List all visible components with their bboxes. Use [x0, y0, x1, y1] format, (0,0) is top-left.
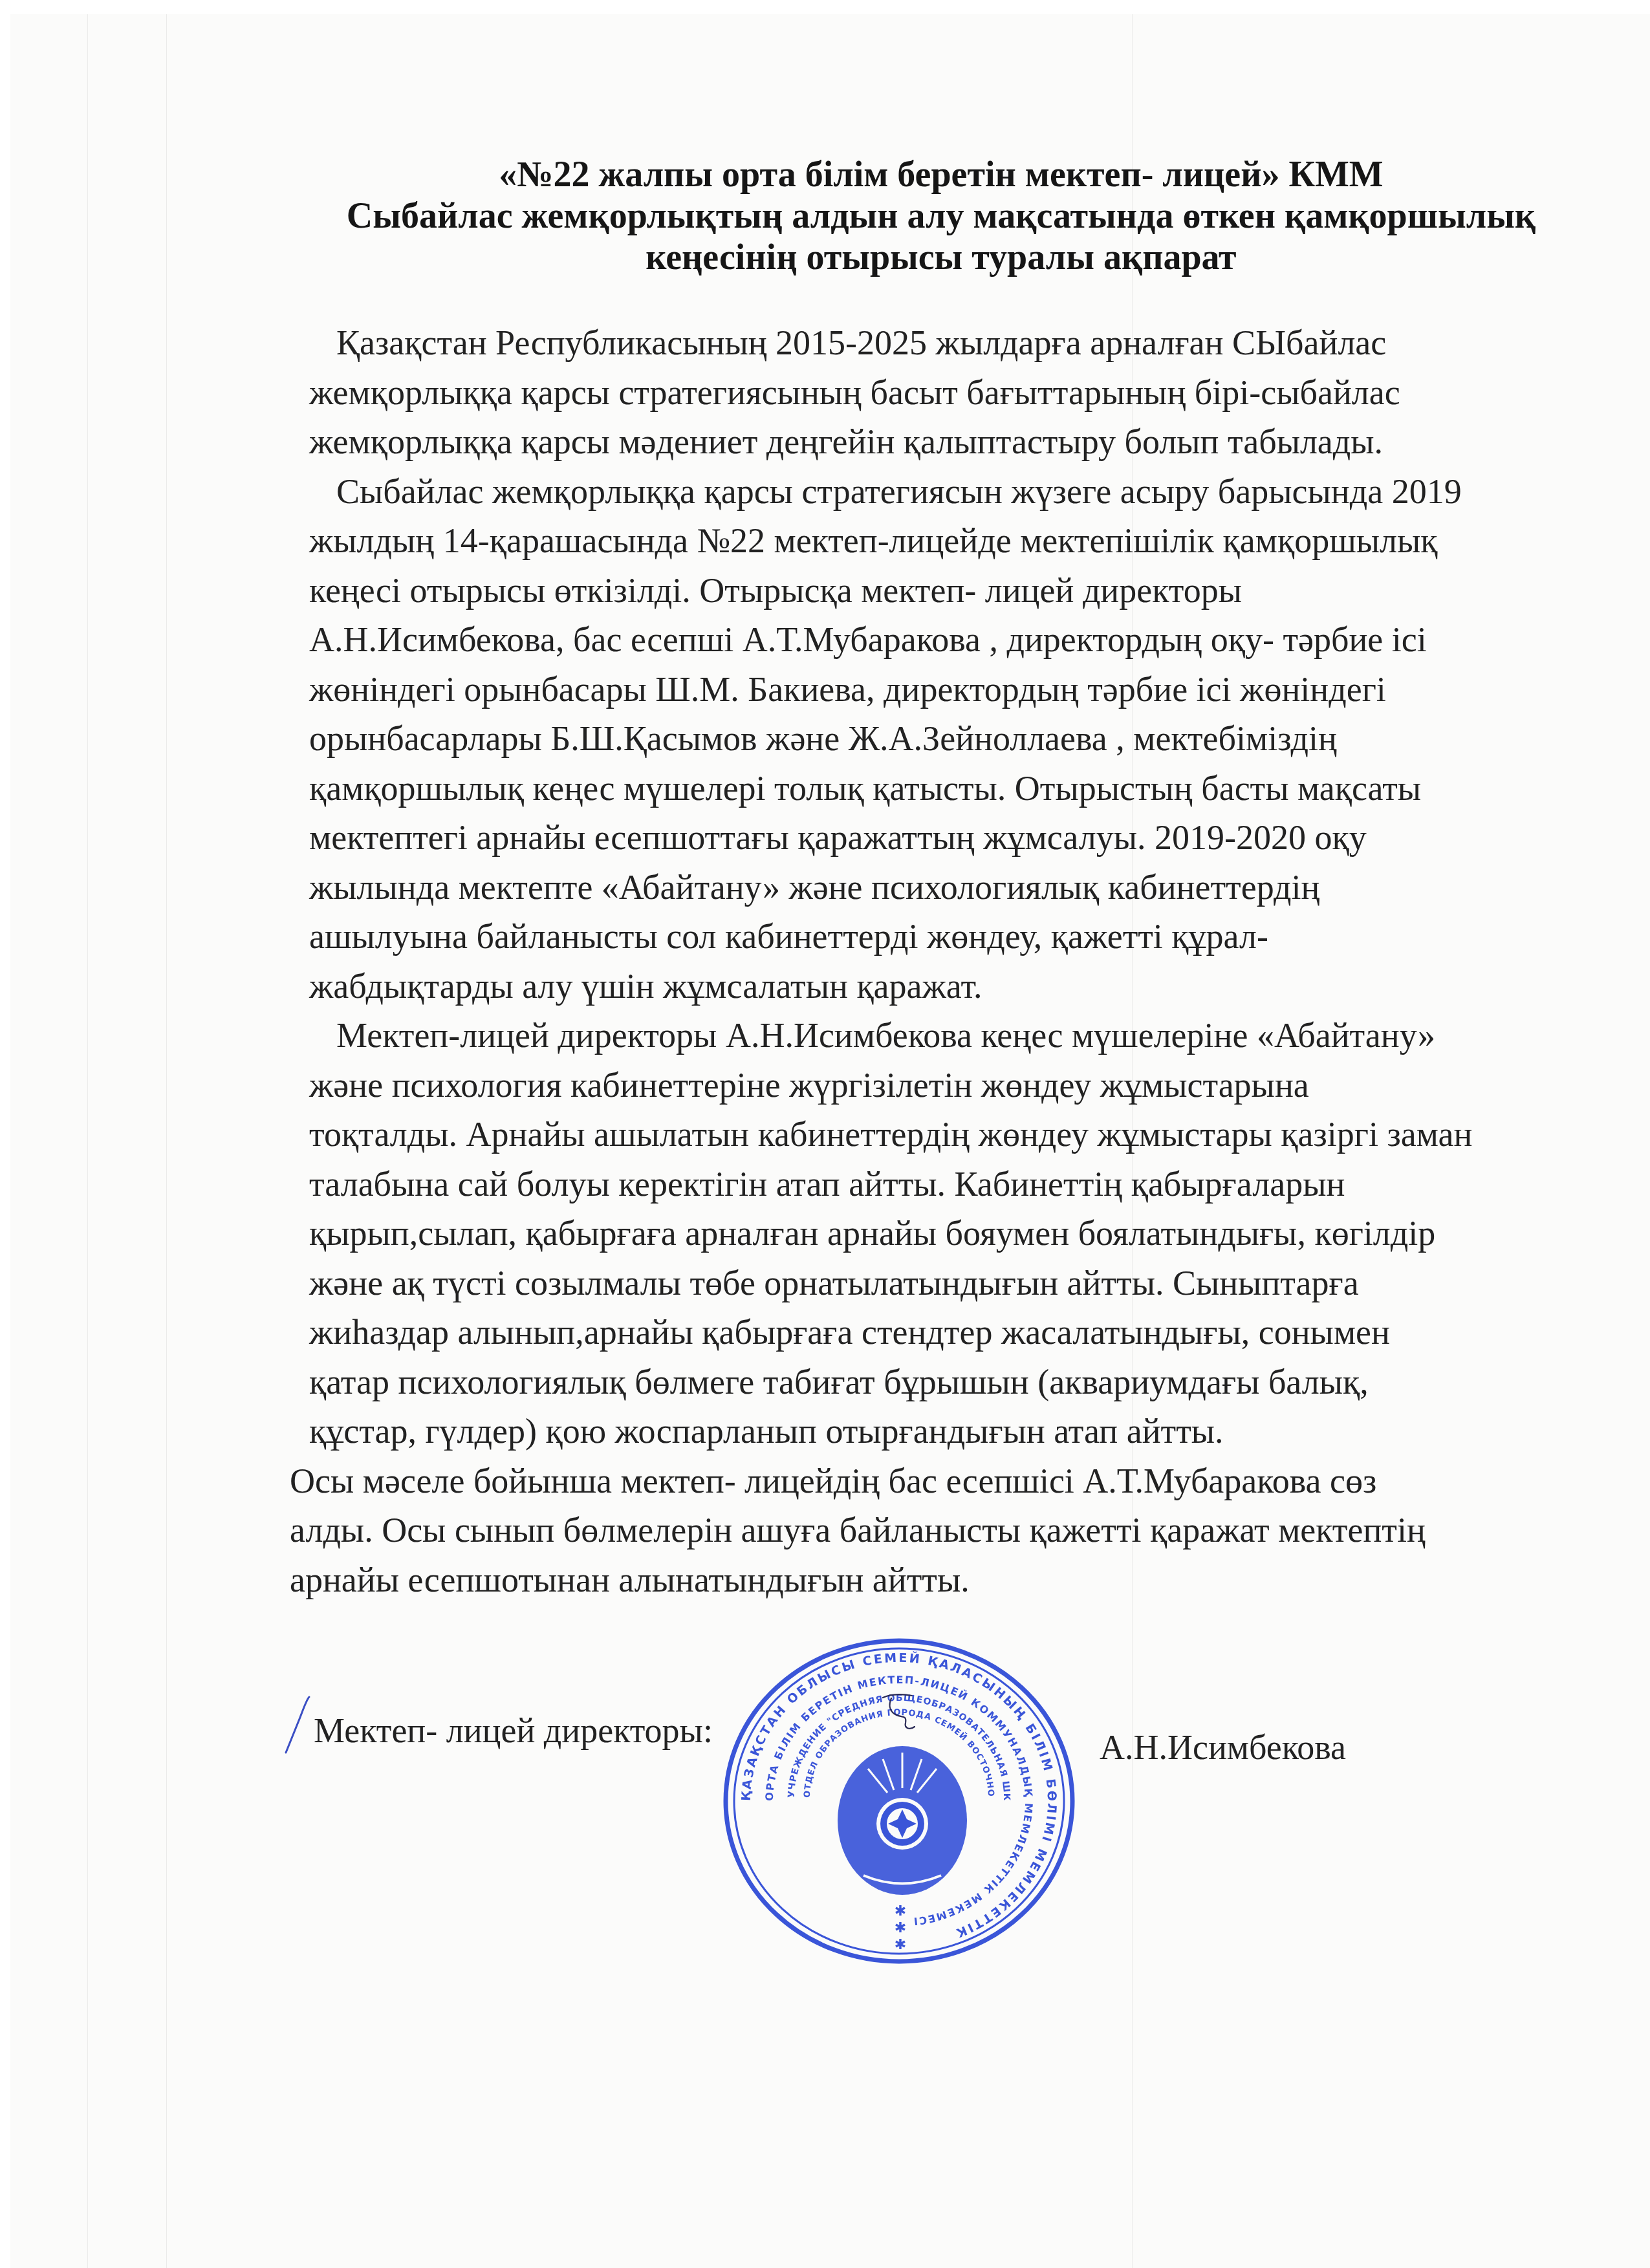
body-line: кеңесі отырысы өткізілді. Отырысқа мекте… [309, 566, 1577, 616]
body-line: орынбасарлары Б.Ш.Қасымов және Ж.А.Зейно… [309, 714, 1577, 764]
title-line-3: кеңесінің отырысы туралы ақпарат [259, 237, 1623, 278]
body-line: жөніндегі орынбасары Ш.М. Бакиева, дирек… [309, 665, 1577, 715]
body-line: жылында мектепте «Абайтану» және психоло… [309, 863, 1577, 913]
body-line: және ақ түсті созылмалы төбе орнатылатын… [309, 1258, 1577, 1308]
body-line: ашылуына байланысты сол кабинеттерді жөн… [309, 912, 1577, 962]
body-line: құстар, гүлдер) қою жоспарланып отырғанд… [309, 1407, 1577, 1456]
body-line: жемқорлыққа қарсы мәдениет деңгейін қалы… [309, 417, 1577, 467]
scan-top-margin [0, 0, 1650, 14]
title-line-2: Сыбайлас жемқорлықтың алдын алу мақсатын… [259, 195, 1623, 237]
body-line: талабына сай болуы керектігін атап айтты… [309, 1160, 1577, 1209]
body-line: арнайы есепшотынан алынатындығын айтты. [290, 1555, 1577, 1605]
body-line: мектептегі арнайы есепшоттағы қаражаттың… [309, 813, 1577, 863]
svg-text:✱: ✱ [895, 1920, 906, 1936]
body-line: жылдың 14-қарашасында №22 мектеп-лицейде… [309, 516, 1577, 566]
body-line: қатар психологиялық бөлмеге табиғат бұры… [309, 1357, 1577, 1407]
scan-artifact-line [166, 14, 167, 2268]
svg-text:✱: ✱ [895, 1937, 906, 1953]
body-line: жемқорлыққа қарсы стратегиясының басыт б… [309, 368, 1577, 418]
body-line: Сыбайлас жемқорлыққа қарсы стратегиясын … [309, 467, 1577, 517]
body-line: А.Н.Исимбекова, бас есепші А.Т.Мубараков… [309, 615, 1577, 665]
body-line: және психология кабинеттеріне жүргізілет… [309, 1061, 1577, 1110]
signatory-name: А.Н.Исимбекова [1100, 1727, 1346, 1767]
document-title: «№22 жалпы орта білім беретін мектеп- ли… [259, 154, 1623, 278]
pen-mark-icon [278, 1694, 317, 1756]
title-line-1: «№22 жалпы орта білім беретін мектеп- ли… [259, 154, 1623, 195]
official-stamp-icon: ҚАЗАҚСТАН ОБЛЫСЫ СЕМЕЙ ҚАЛАСЫНЫҢ БІЛІМ Б… [718, 1636, 1080, 1966]
document-body: Қазақстан Республикасының 2015-2025 жылд… [309, 318, 1577, 1604]
body-line: қырып,сылап, қабырғаға арналған арнайы б… [309, 1209, 1577, 1258]
scan-artifact-line [87, 14, 88, 2268]
body-line: Мектеп-лицей директоры А.Н.Исимбекова ке… [309, 1011, 1577, 1061]
body-line: алды. Осы сынып бөлмелерін ашуға байланы… [290, 1506, 1577, 1555]
signature-label: Мектеп- лицей директоры: [314, 1711, 713, 1751]
body-line: Осы мәселе бойынша мектеп- лицейдің бас … [290, 1456, 1577, 1506]
svg-text:✱: ✱ [895, 1903, 906, 1919]
body-line: тоқталды. Арнайы ашылатын кабинеттердің … [309, 1110, 1577, 1160]
body-line: қамқоршылық кеңес мүшелері толық қатысты… [309, 764, 1577, 814]
body-line: жиһаздар алынып,арнайы қабырғаға стендте… [309, 1308, 1577, 1357]
body-line: жабдықтарды алу үшін жұмсалатын қаражат. [309, 962, 1577, 1011]
body-line: Қазақстан Республикасының 2015-2025 жылд… [309, 318, 1577, 368]
